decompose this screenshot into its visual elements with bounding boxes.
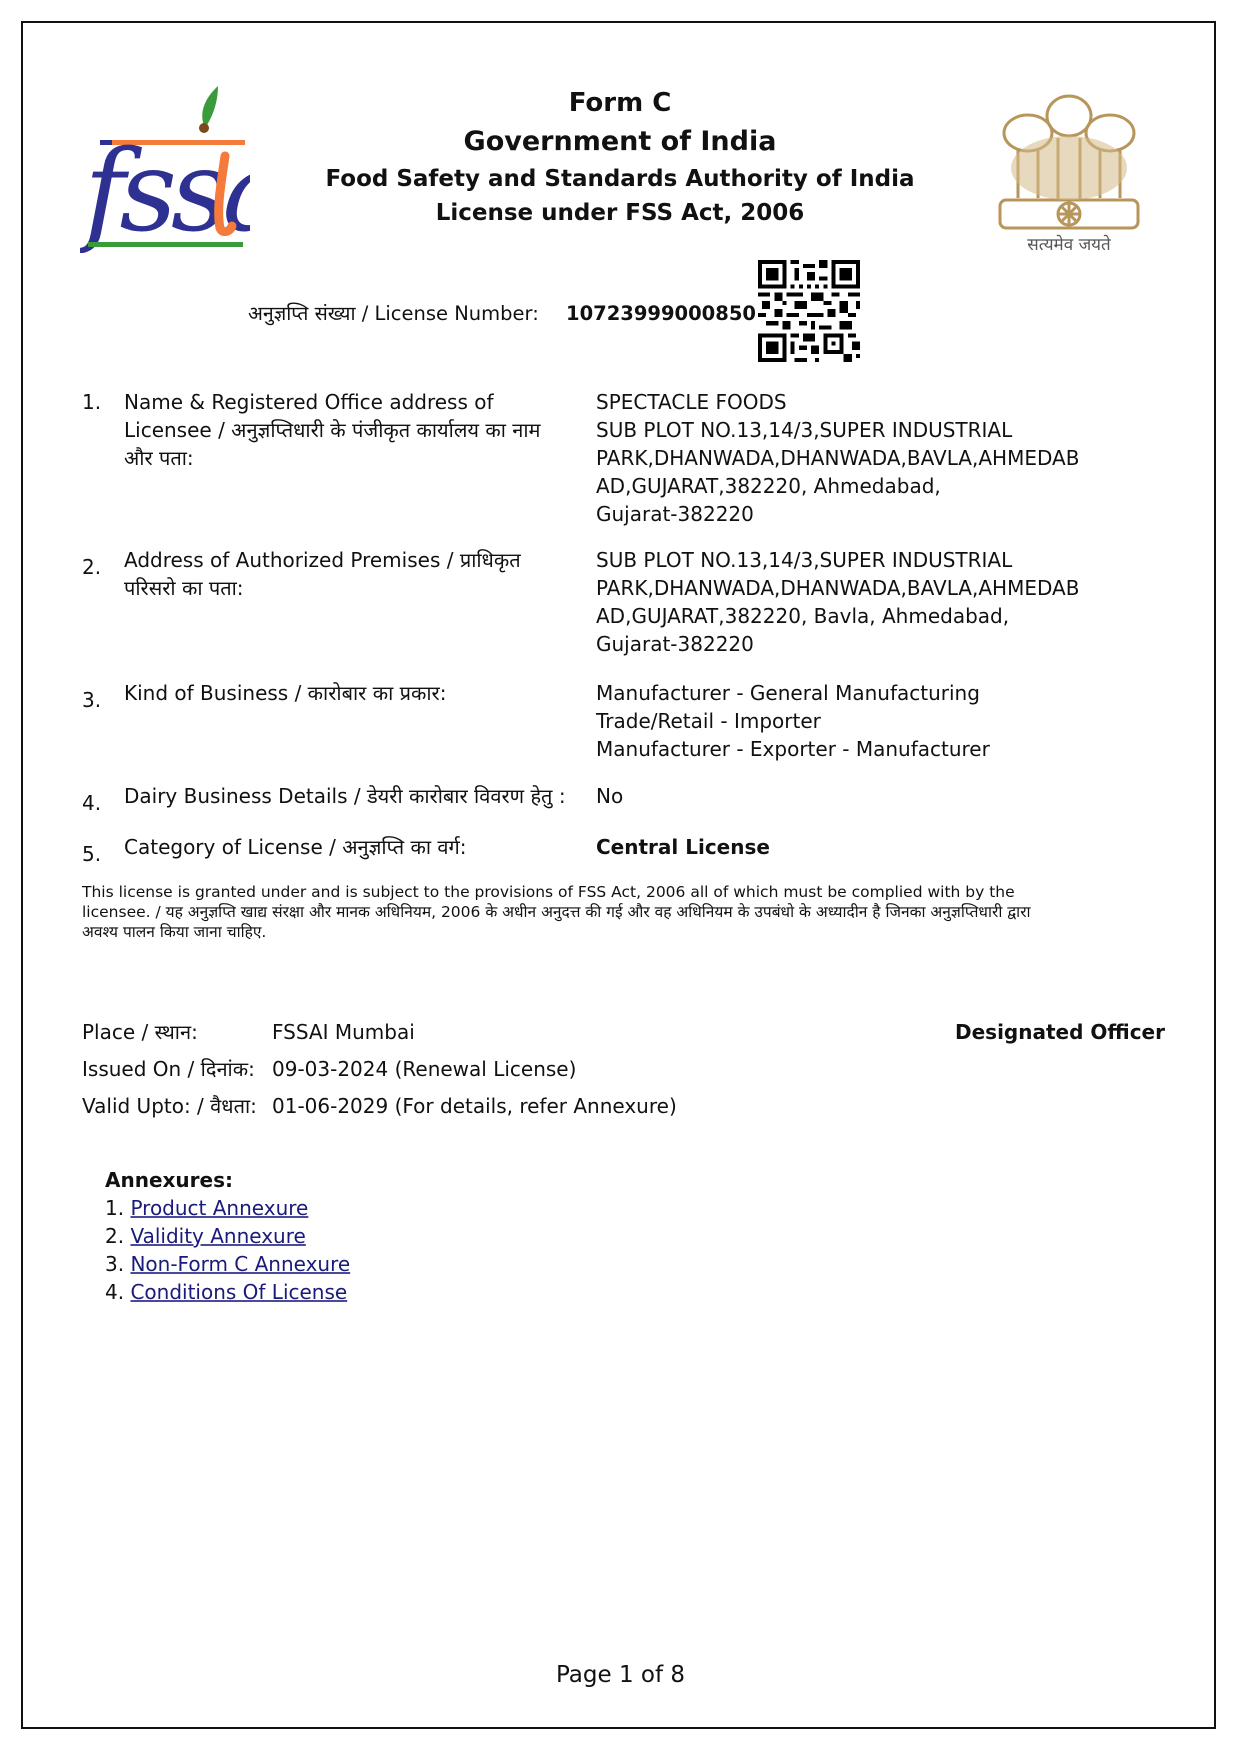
non-form-c-annexure-link[interactable]: Non-Form C Annexure (130, 1252, 350, 1276)
annexure-item: 1. Product Annexure (105, 1194, 350, 1222)
licensee-address-label: Name & Registered Office address of Lice… (124, 388, 564, 472)
row-number: 3. (82, 686, 101, 714)
annexure-item: 4. Conditions Of License (105, 1278, 350, 1306)
annexure-number: 1. (105, 1196, 124, 1220)
place-label: Place / स्थान: (82, 1018, 198, 1046)
annexure-number: 2. (105, 1224, 124, 1248)
product-annexure-link[interactable]: Product Annexure (130, 1196, 308, 1220)
business-kind: Manufacturer - Exporter - Manufacturer (596, 735, 1116, 763)
place-value: FSSAI Mumbai (272, 1018, 415, 1046)
designated-officer: Designated Officer (955, 1018, 1165, 1046)
conditions-of-license-link[interactable]: Conditions Of License (130, 1280, 347, 1304)
annexures-list: Annexures: 1. Product Annexure 2. Validi… (105, 1166, 350, 1306)
issued-on-value: 09-03-2024 (Renewal License) (272, 1055, 576, 1083)
annexure-number: 4. (105, 1280, 124, 1304)
row-number: 5. (82, 840, 101, 868)
row-number: 1. (82, 388, 101, 416)
form-title: Form C (300, 84, 940, 122)
address-line: AD,GUJARAT,382220, Ahmedabad, (596, 472, 1116, 500)
address-line: Gujarat-382220 (596, 500, 1116, 528)
annexure-item: 3. Non-Form C Annexure (105, 1250, 350, 1278)
svg-text:सत्यमेव जयते: सत्यमेव जयते (1027, 234, 1111, 255)
annexure-number: 3. (105, 1252, 124, 1276)
validity-annexure-link[interactable]: Validity Annexure (130, 1224, 305, 1248)
address-line: PARK,DHANWADA,DHANWADA,BAVLA,AHMEDAB (596, 574, 1116, 602)
qr-code-icon (758, 260, 860, 362)
address-line: PARK,DHANWADA,DHANWADA,BAVLA,AHMEDAB (596, 444, 1116, 472)
license-number: 10723999000850 (566, 300, 756, 328)
business-kind: Trade/Retail - Importer (596, 707, 1116, 735)
issued-on-label: Issued On / दिनांक: (82, 1055, 255, 1083)
business-kind: Manufacturer - General Manufacturing (596, 679, 1116, 707)
valid-upto-label: Valid Upto: / वैधता: (82, 1092, 257, 1120)
act-title: License under FSS Act, 2006 (300, 196, 940, 230)
dairy-business-label: Dairy Business Details / डेयरी कारोबार व… (124, 782, 584, 810)
page-number: Page 1 of 8 (0, 1660, 1241, 1690)
valid-upto-value: 01-06-2029 (For details, refer Annexure) (272, 1092, 677, 1120)
premises-address-label: Address of Authorized Premises / प्राधिक… (124, 546, 564, 602)
address-line: Gujarat-382220 (596, 630, 1116, 658)
premises-address-value: SUB PLOT NO.13,14/3,SUPER INDUSTRIAL PAR… (596, 546, 1116, 658)
dairy-business-value: No (596, 782, 1116, 810)
license-category-value: Central License (596, 833, 1116, 861)
license-notice: This license is granted under and is sub… (82, 882, 1042, 942)
address-line: AD,GUJARAT,382220, Bavla, Ahmedabad, (596, 602, 1116, 630)
license-number-label: अनुज्ञप्ति संख्या / License Number: (248, 300, 539, 328)
government-title: Government of India (300, 122, 940, 162)
row-number: 2. (82, 553, 101, 581)
address-line: SUB PLOT NO.13,14/3,SUPER INDUSTRIAL (596, 546, 1116, 574)
address-line: SUB PLOT NO.13,14/3,SUPER INDUSTRIAL (596, 416, 1116, 444)
license-category-label: Category of License / अनुज्ञप्ति का वर्ग… (124, 833, 564, 861)
authority-title: Food Safety and Standards Authority of I… (300, 162, 940, 196)
annexures-title: Annexures: (105, 1166, 350, 1194)
licensee-address-value: SPECTACLE FOODS SUB PLOT NO.13,14/3,SUPE… (596, 388, 1116, 528)
licensee-name: SPECTACLE FOODS (596, 388, 1116, 416)
kind-of-business-value: Manufacturer - General Manufacturing Tra… (596, 679, 1116, 763)
row-number: 4. (82, 789, 101, 817)
national-emblem-icon: सत्यमेव जयते (978, 78, 1160, 256)
page-border (21, 21, 1216, 1729)
document-header: Form C Government of India Food Safety a… (300, 84, 940, 230)
annexure-item: 2. Validity Annexure (105, 1222, 350, 1250)
kind-of-business-label: Kind of Business / कारोबार का प्रकार: (124, 679, 564, 707)
fssai-logo: fssa (80, 78, 250, 253)
